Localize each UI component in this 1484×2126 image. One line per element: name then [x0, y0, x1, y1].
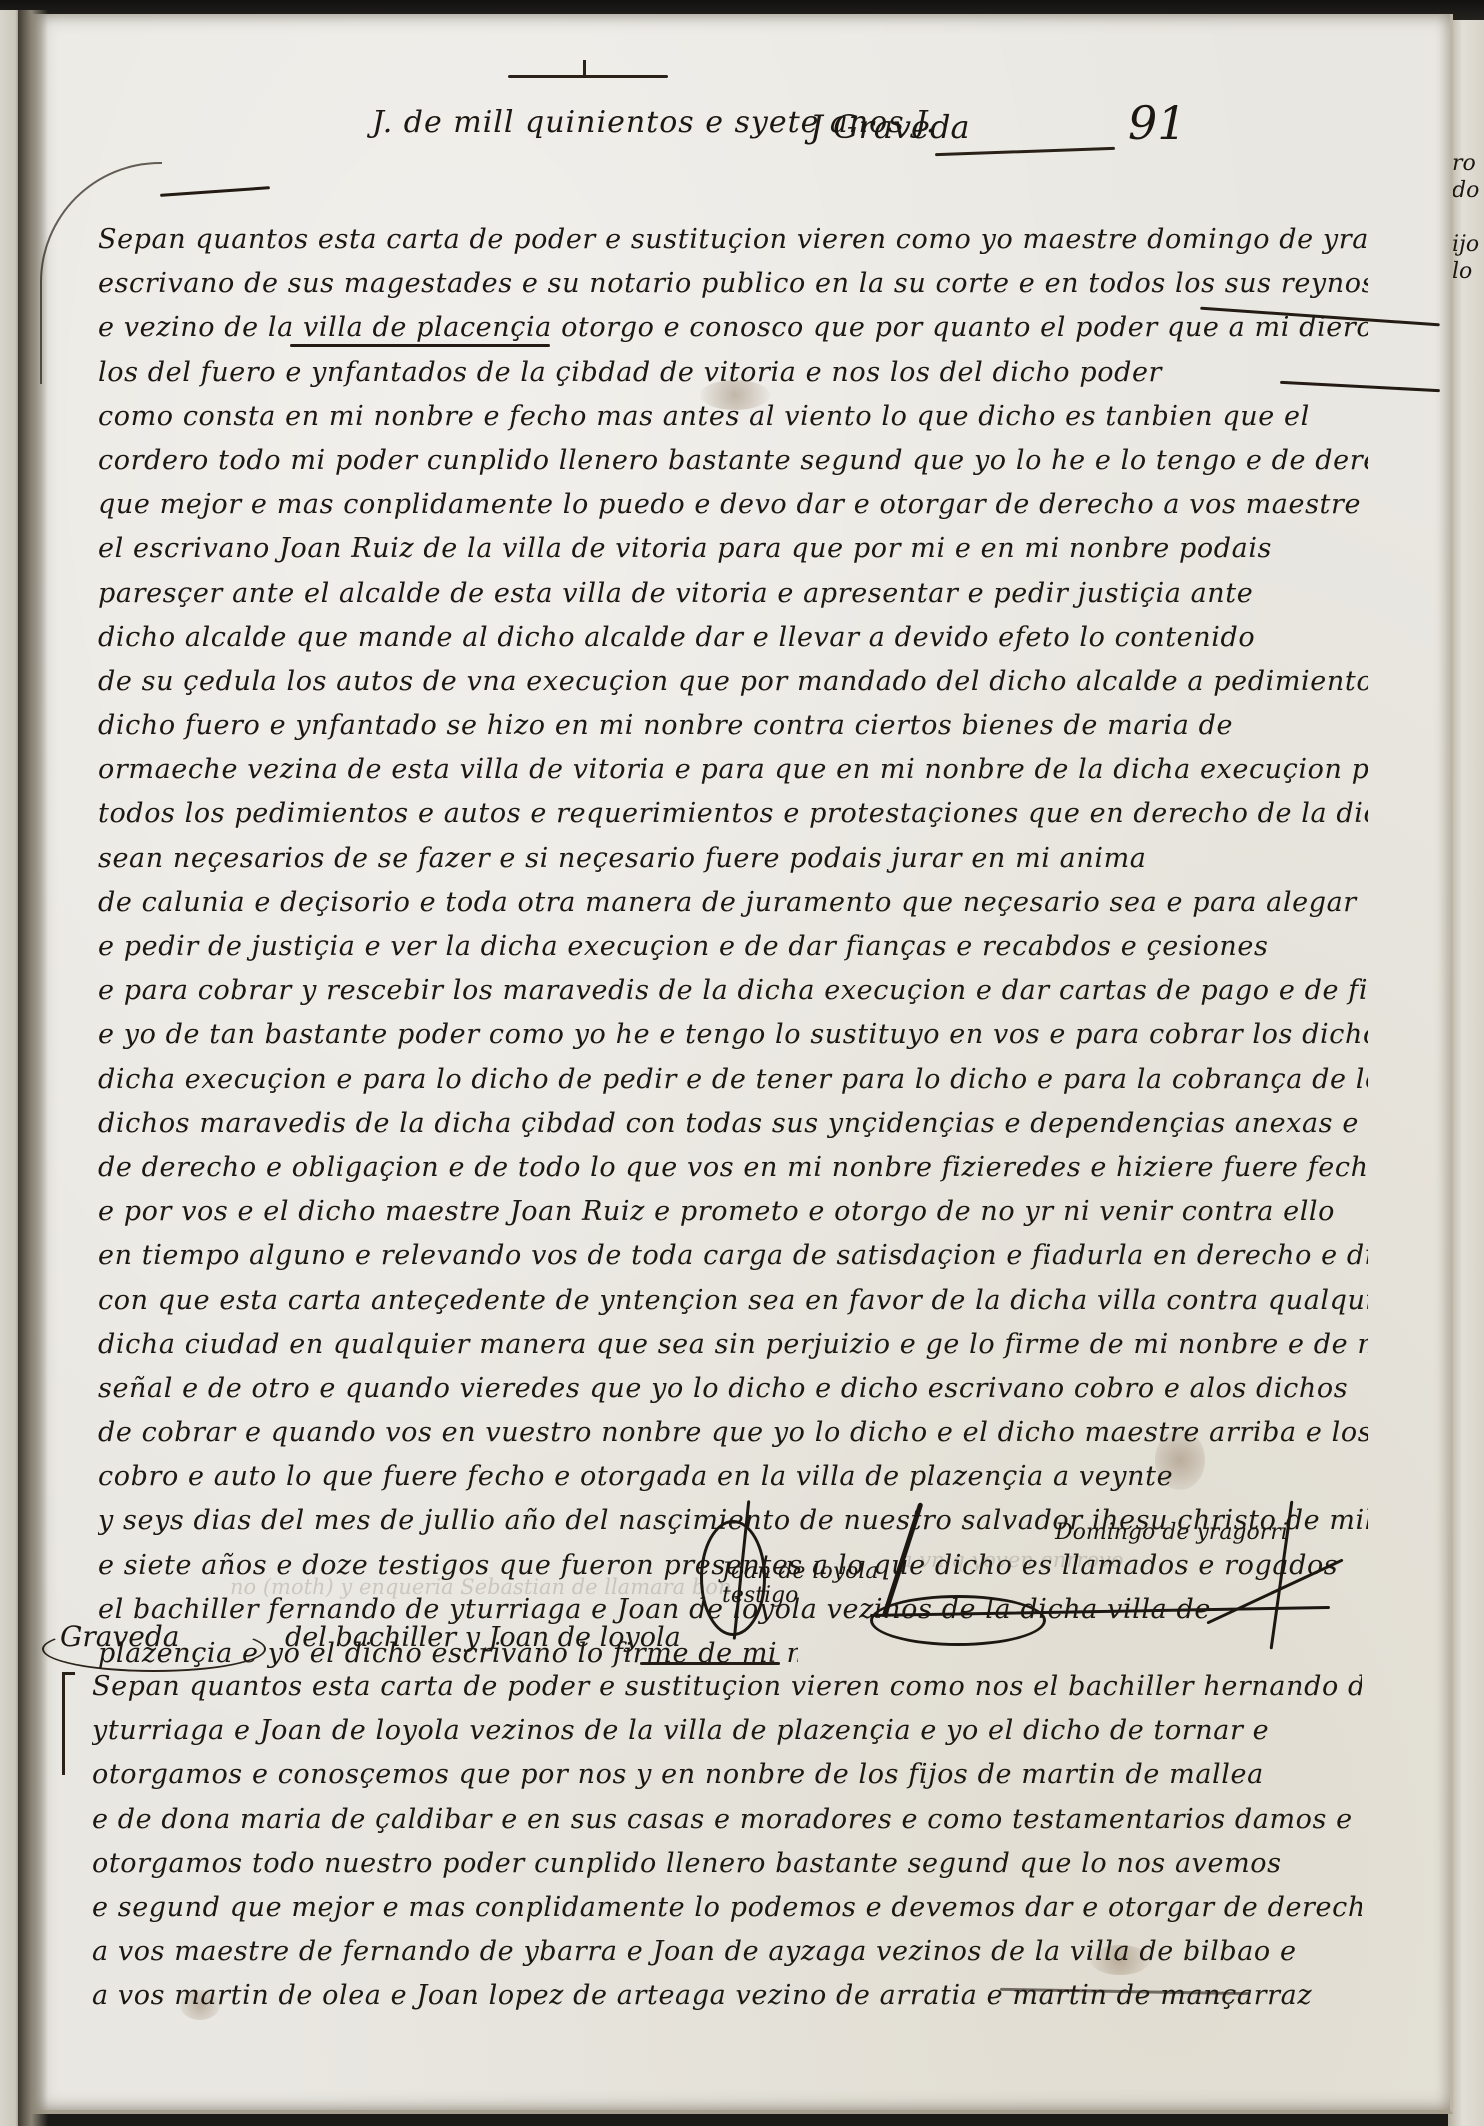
text-line: e pedir de justiçia e ver la dicha execu… [98, 925, 1368, 969]
signature-witness: Joan de loyola testigo [722, 1560, 879, 1608]
deed-text-block-1: Sepan quantos esta carta de poder e sust… [98, 218, 1368, 1676]
text-line: de calunia e deçisorio e toda otra maner… [98, 881, 1368, 925]
margin-label: Graveda [60, 1620, 179, 1653]
text-line: dicha execuçion e para lo dicho de pedir… [98, 1058, 1368, 1102]
deed-text-block-2: Sepan quantos esta carta de poder e sust… [92, 1665, 1362, 2019]
signature-notary: Domingo de yragorri [1055, 1520, 1288, 1546]
text-line: ormaeche vezina de esta villa de vitoria… [98, 748, 1368, 792]
text-line: de su çedula los autos de vna execuçion … [98, 660, 1368, 704]
text-line: con que esta carta anteçedente de yntenç… [98, 1279, 1368, 1323]
text-line: dicho fuero e ynfantado se hizo en mi no… [98, 704, 1368, 748]
signature-flourish [870, 1595, 1046, 1646]
next-leaf-edge [1448, 20, 1484, 2126]
text-line: e vezino de la villa de placençia otorgo… [98, 306, 1368, 350]
signature-area: Joan de loyola testigo Domingo de yragor… [640, 1500, 1400, 1650]
text-line: a vos martin de olea e Joan lopez de art… [92, 1974, 1362, 2018]
text-line: de derecho e obligaçion e de todo lo que… [98, 1146, 1368, 1190]
text-line: cordero todo mi poder cunplido llenero b… [98, 439, 1368, 483]
folio-number: 91 [1128, 96, 1187, 150]
text-line: como consta en mi nonbre e fecho mas ant… [98, 395, 1368, 439]
text-line: cobro e auto lo que fuere fecho e otorga… [98, 1455, 1368, 1499]
text-line: que mejor e mas conplidamente lo puedo e… [98, 483, 1368, 527]
text-line: sean neçesarios de se fazer e si neçesar… [98, 837, 1368, 881]
text-line: escrivano de sus magestades e su notario… [98, 262, 1368, 306]
text-line: los del fuero e ynfantados de la çibdad … [98, 351, 1368, 395]
next-leaf-text-fragment: ro do ijo lo [1452, 150, 1482, 285]
text-line: todos los pedimientos e autos e requerim… [98, 792, 1368, 836]
text-line: Sepan quantos esta carta de poder e sust… [98, 218, 1368, 262]
text-line: Sepan quantos esta carta de poder e sust… [92, 1665, 1362, 1709]
text-line: paresçer ante el alcalde de esta villa d… [98, 572, 1368, 616]
text-line: dichos maravedis de la dicha çibdad con … [98, 1102, 1368, 1146]
text-line: otorgamos e conosçemos que por nos y en … [92, 1753, 1362, 1797]
text-line: yturriaga e Joan de loyola vezinos de la… [92, 1709, 1362, 1753]
text-line: e yo de tan bastante poder como yo he e … [98, 1013, 1368, 1057]
header-register-tag: J Graveda [810, 108, 970, 146]
text-line: e para cobrar y rescebir los maravedis d… [98, 969, 1368, 1013]
text-line: señal e de otro e quando vieredes que yo… [98, 1367, 1368, 1411]
header-abbreviation-bar [508, 75, 668, 78]
deed-heading: del bachiller y Joan de loyola [285, 1622, 681, 1653]
text-line: e segund que mejor e mas conplidamente l… [92, 1886, 1362, 1930]
text-line: e de dona maria de çaldibar e en sus cas… [92, 1798, 1362, 1842]
header-abbreviation-tick [583, 60, 586, 78]
text-line: en tiempo alguno e relevando vos de toda… [98, 1234, 1368, 1278]
text-line: el escrivano Joan Ruiz de la villa de vi… [98, 527, 1368, 571]
text-line: otorgamos todo nuestro poder cunplido ll… [92, 1842, 1362, 1886]
text-line: a vos maestre de fernando de ybarra e Jo… [92, 1930, 1362, 1974]
paragraph-bracket [62, 1672, 75, 1775]
text-line: de cobrar e quando vos en vuestro nonbre… [98, 1411, 1368, 1455]
text-line: dicho alcalde que mande al dicho alcalde… [98, 616, 1368, 660]
text-line: dicha ciudad en qualquier manera que sea… [98, 1323, 1368, 1367]
text-line: e por vos e el dicho maestre Joan Ruiz e… [98, 1190, 1368, 1234]
